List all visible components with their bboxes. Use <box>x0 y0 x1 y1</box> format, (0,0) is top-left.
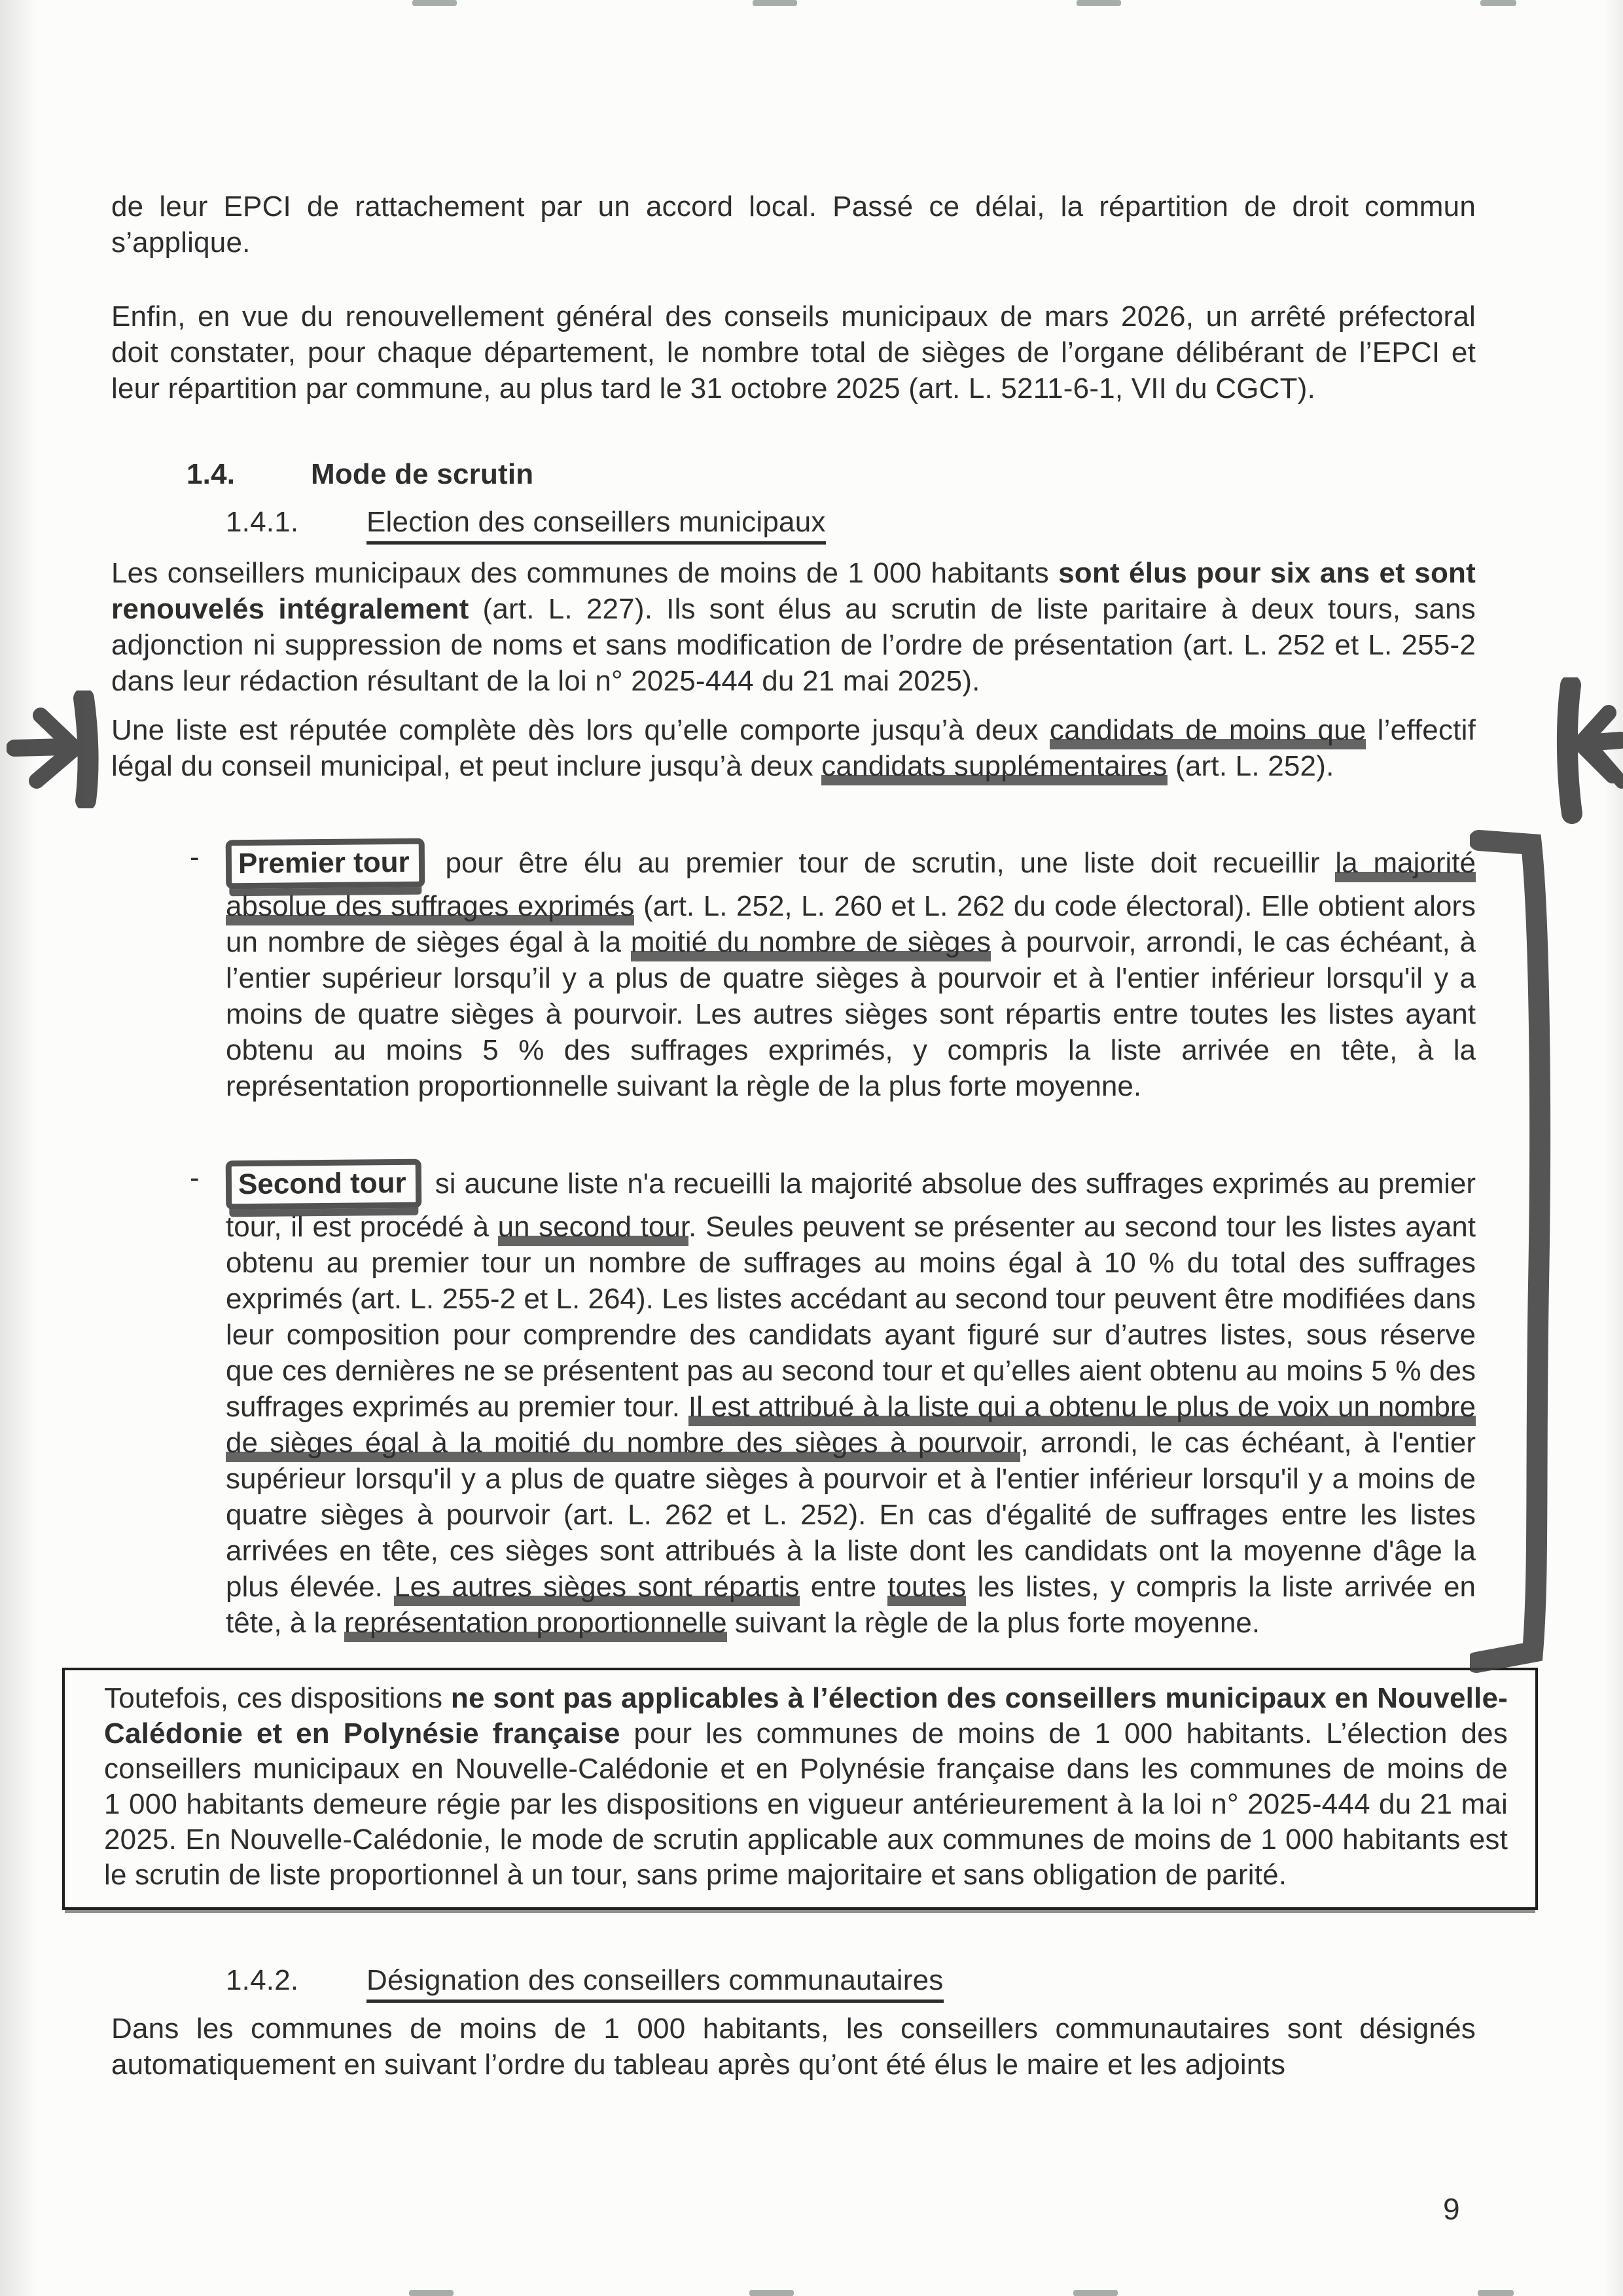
scan-edge-shadow <box>0 0 38 2296</box>
text-run: pour être élu au premier tour de scrutin… <box>430 847 1336 879</box>
text-run: suivant la règle de la plus forte moyenn… <box>727 1607 1260 1639</box>
marker-underlined-text: un second tour <box>498 1211 689 1246</box>
marker-underlined-text: candidats de moins que <box>1050 714 1366 749</box>
bullet-premier-tour: - Premier tour pour être élu au premier … <box>190 839 1476 1104</box>
bullet-dash: - <box>190 839 200 875</box>
scan-edge-artifact <box>753 0 797 6</box>
handwritten-arrow-left-icon <box>7 691 105 808</box>
text-run: Toutefois, ces dispositions <box>104 1682 451 1714</box>
page-number: 9 <box>1443 2191 1460 2227</box>
marker-underlined-text: toutes <box>887 1571 966 1606</box>
paragraph-designation-automatique: Dans les communes de moins de 1 000 habi… <box>111 2011 1476 2083</box>
heading-number: 1.4.2. <box>226 1962 366 1998</box>
scan-edge-shadow <box>1603 0 1623 2296</box>
paragraph-conseillers-municipaux: Les conseillers municipaux des communes … <box>111 555 1476 699</box>
scanned-document-page: de leur EPCI de rattachement par un acco… <box>0 0 1623 2296</box>
text-run: Les conseillers municipaux des communes … <box>111 557 1058 589</box>
bullet-text: Premier tour pour être élu au premier to… <box>226 839 1476 1104</box>
marker-underlined-text: moitié du nombre de sièges <box>631 926 991 961</box>
bullet-second-tour: - Second tour si aucune liste n'a recuei… <box>190 1160 1476 1641</box>
marker-boxed-label: Second tour <box>226 1159 421 1210</box>
heading-label: Election des conseillers municipaux <box>366 506 826 545</box>
heading-number: 1.4. <box>187 456 311 492</box>
text-run: Enfin, en vue du renouvellement général … <box>111 300 1476 404</box>
heading-number: 1.4.1. <box>226 504 366 540</box>
text-run: entre <box>800 1571 888 1603</box>
info-box-nouvelle-caledonie: Toutefois, ces dispositions ne sont pas … <box>62 1668 1538 1910</box>
paragraph-arrete-prefectoral: Enfin, en vue du renouvellement général … <box>111 298 1476 406</box>
scan-edge-artifact <box>412 0 457 6</box>
heading-designation-conseillers-communautaires: 1.4.2.Désignation des conseillers commun… <box>226 1962 1469 1998</box>
scan-edge-artifact <box>749 2290 794 2296</box>
marker-underlined-text: candidats supplémentaires <box>821 750 1167 785</box>
heading-mode-de-scrutin: 1.4.Mode de scrutin <box>187 456 1430 492</box>
marker-underlined-text: représentation proportionnelle <box>344 1607 727 1642</box>
heading-label: Désignation des conseillers communautair… <box>366 1964 944 2003</box>
marker-underlined-text: Les autres sièges sont répartis <box>394 1571 799 1606</box>
marker-boxed-label: Premier tour <box>226 838 425 889</box>
bullet-text: Second tour si aucune liste n'a recueill… <box>226 1160 1476 1641</box>
handwritten-bracket-right-icon <box>1470 826 1555 1677</box>
handwritten-arrow-right-icon <box>1556 677 1623 827</box>
bullet-dash: - <box>190 1160 200 1196</box>
text-run: de leur EPCI de rattachement par un acco… <box>111 190 1476 259</box>
text-run: Une liste est réputée complète dès lors … <box>111 714 1050 746</box>
scan-edge-artifact <box>1077 0 1121 6</box>
text-run: Dans les communes de moins de 1 000 habi… <box>111 2013 1476 2081</box>
text-run: (art. L. 252). <box>1168 750 1334 782</box>
scan-edge-artifact <box>1073 2290 1118 2296</box>
heading-election-conseillers-municipaux: 1.4.1.Election des conseillers municipau… <box>226 504 1469 540</box>
scan-edge-artifact <box>1478 2290 1514 2296</box>
scan-edge-artifact <box>409 2290 454 2296</box>
heading-label: Mode de scrutin <box>311 458 533 490</box>
paragraph-liste-complete: Une liste est réputée complète dès lors … <box>111 712 1476 784</box>
scan-edge-artifact <box>1480 0 1516 6</box>
paragraph-epci-accord: de leur EPCI de rattachement par un acco… <box>111 188 1476 260</box>
